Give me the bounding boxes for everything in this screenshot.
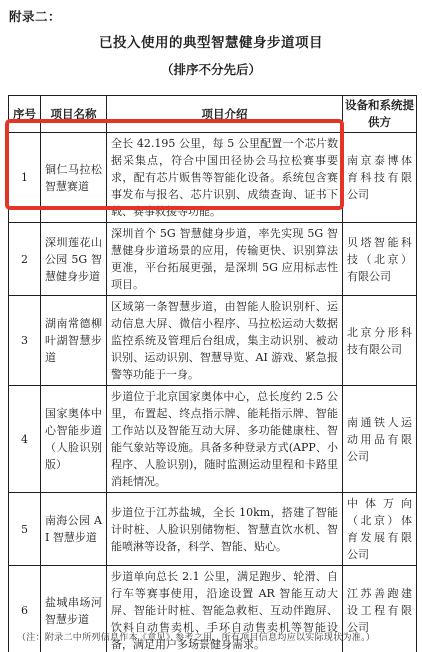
cell-provider: 北京分形科技有限公司 [343, 296, 417, 386]
cell-no: 5 [9, 493, 41, 566]
cell-project-name: 深圳莲花山公园 5G 智慧健身步道 [41, 223, 107, 296]
table-header-row: 序号 项目名称 项目介绍 设备和系统提供方 [9, 96, 417, 133]
cell-provider: 中体万向（北京）体育发展有限公司 [343, 493, 417, 566]
table-row: 5 南海公园 AI 智慧步道 步道位于江苏盐城，全长 10km，搭建了智能计时桩… [9, 493, 417, 566]
footnote: （注：附录二中所列信息作本《意见》参考之用，所有项目信息均应以实际现状为准。） [17, 630, 375, 643]
cell-project-name: 湖南常德柳叶湖智慧步道 [41, 296, 107, 386]
document-page: 附录二： 已投入使用的典型智慧健身步道项目 （排序不分先后） 序号 项目名称 项… [0, 0, 422, 652]
cell-project-intro: 深圳首个 5G 智慧健身步道，率先实现 5G 智慧健身步道场景的应用，传输更快、… [107, 223, 343, 296]
table-row: 2 深圳莲花山公园 5G 智慧健身步道 深圳首个 5G 智慧健身步道，率先实现 … [9, 223, 417, 296]
header-project-intro: 项目介绍 [107, 96, 343, 133]
cell-no: 3 [9, 296, 41, 386]
table-row: 1 铜仁马拉松智慧赛道 全长 42.195 公里，每 5 公里配置一个芯片数据采… [9, 133, 417, 223]
cell-provider: 南京泰博体育科技有限公司 [343, 133, 417, 223]
header-project-name: 项目名称 [41, 96, 107, 133]
table-row: 4 国家奥体中心智能步道（人脸识别版） 步道位于北京国家奥体中心，总长度约 2.… [9, 386, 417, 493]
header-no: 序号 [9, 96, 41, 133]
cell-project-intro: 步道位于北京国家奥体中心，总长度约 2.5 公里，布置起、终点指示牌、能耗指示牌… [107, 386, 343, 493]
cell-no: 4 [9, 386, 41, 493]
cell-no: 1 [9, 133, 41, 223]
page-subtitle: （排序不分先后） [0, 60, 422, 78]
header-provider: 设备和系统提供方 [343, 96, 417, 133]
cell-project-name: 铜仁马拉松智慧赛道 [41, 133, 107, 223]
table-row: 3 湖南常德柳叶湖智慧步道 区域第一条智慧步道，由智能人脸识别杆、运动信息大屏、… [9, 296, 417, 386]
cell-project-intro: 全长 42.195 公里，每 5 公里配置一个芯片数据采集点，符合中国田径协会马… [107, 133, 343, 223]
cell-project-name: 南海公园 AI 智慧步道 [41, 493, 107, 566]
cell-provider: 贝塔智能科技（北京）有限公司 [343, 223, 417, 296]
cell-project-intro: 步道位于江苏盐城，全长 10km，搭建了智能计时桩、人脸识别储物柜、智慧直饮水机… [107, 493, 343, 566]
page-title: 已投入使用的典型智慧健身步道项目 [0, 31, 422, 51]
cell-provider: 南通铁人运动用品有限公司 [343, 386, 417, 493]
cell-project-name: 国家奥体中心智能步道（人脸识别版） [41, 386, 107, 493]
projects-table: 序号 项目名称 项目介绍 设备和系统提供方 1 铜仁马拉松智慧赛道 全长 42.… [8, 95, 417, 652]
cell-project-intro: 区域第一条智慧步道，由智能人脸识别杆、运动信息大屏、微信小程序、马拉松运动大数据… [107, 296, 343, 386]
appendix-label: 附录二： [9, 7, 61, 25]
cell-no: 2 [9, 223, 41, 296]
